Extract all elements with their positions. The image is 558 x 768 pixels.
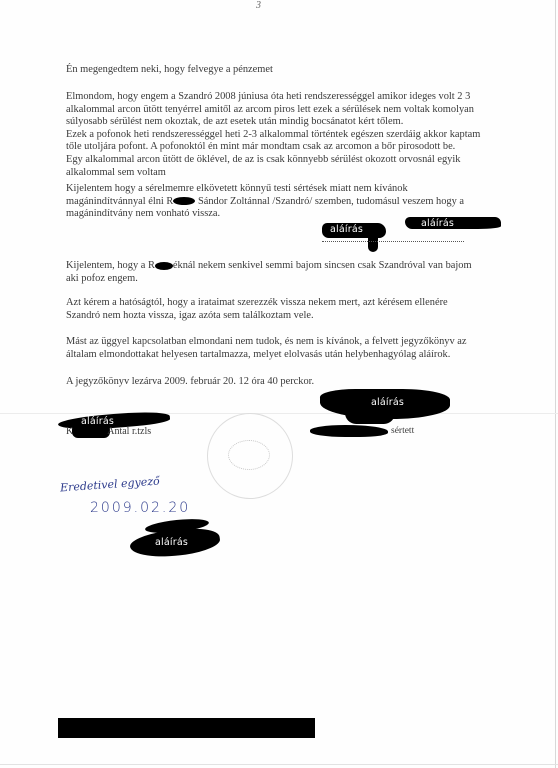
text-fragment: Sándor Zoltánnal /Szandró/ szemben, tudo… (195, 196, 464, 207)
text-line: alkalommal sem voltam (66, 167, 507, 180)
paragraph-statement: Elmondom, hogy engem a Szandró 2008 júni… (66, 91, 507, 179)
text-line: aki pofoz engem. (66, 273, 507, 286)
page-number: 3 (256, 0, 261, 11)
text-line: Kijelentem hogy a sérelmemre elkövetett … (66, 183, 507, 196)
signature-redaction (310, 425, 388, 437)
signature-label: aláírás (330, 224, 363, 235)
text-line: Elmondom, hogy engem a Szandró 2008 júni… (66, 91, 507, 104)
signature-label: aláírás (371, 397, 404, 408)
text-fragment: magánindítvánnyal élni R (66, 196, 173, 207)
paragraph-consent: Én megengedtem neki, hogy felvegye a pén… (66, 64, 507, 77)
paragraph-closing: Mást az üggyel kapcsolatban elmondani ne… (66, 336, 507, 361)
text-line: Ezek a pofonok heti rendszerességgel het… (66, 129, 507, 142)
redaction-mark (155, 262, 173, 270)
text-line: tőle utoljára pofont. A pofonoktól én mi… (66, 141, 507, 154)
text-line: Kijelentem, hogy a Réknál nekem senkivel… (66, 260, 507, 273)
text-line: Azt kérem a hatóságtól, hogy a irataimat… (66, 297, 507, 310)
handwritten-date: 2009.02.20 (90, 500, 190, 516)
text-line: Egy alkalommal arcon ütött de öklével, d… (66, 154, 507, 167)
paragraph-declaration: Kijelentem hogy a sérelmemre elkövetett … (66, 183, 507, 221)
signature-label: aláírás (155, 537, 188, 548)
paper-fold (0, 413, 558, 414)
document-page: 3 Én megengedtem neki, hogy felvegye a p… (0, 0, 558, 768)
signature-redaction (345, 410, 395, 424)
text-line: általam elmondottakat helyesen tartalmaz… (66, 349, 507, 362)
page-edge-bottom (0, 764, 558, 765)
redaction-bar (58, 718, 315, 738)
text-line: alkalommal arcon ütött tenyérrel amitől … (66, 104, 507, 117)
text-line: magánindítvánnyal élni R Sándor Zoltánna… (66, 196, 507, 209)
text-line: Szandró nem hozta vissza, igaz azóta sem… (66, 310, 507, 323)
text-line: Mást az üggyel kapcsolatban elmondani ne… (66, 336, 507, 349)
text-fragment: éknál nekem senkivel semmi bajom sincsen… (173, 260, 472, 271)
text-fragment: Kijelentem, hogy a R (66, 260, 155, 271)
officer-prefix: K (66, 426, 73, 437)
paragraph-request: Azt kérem a hatóságtól, hogy a irataimat… (66, 297, 507, 322)
victim-role: sértett (391, 425, 451, 438)
officer-name: KAntal r.tzls (66, 426, 186, 439)
paragraph-closure-time: A jegyzőkönyv lezárva 2009. február 20. … (66, 376, 507, 389)
handwritten-note: Eredetivel egyező (60, 475, 160, 495)
text-line: súlyosabb sérülést nem okoztak, de azt e… (66, 116, 507, 129)
page-edge (555, 0, 556, 768)
redaction-mark (173, 197, 195, 205)
stamp-crest (228, 440, 270, 470)
paragraph-relations: Kijelentem, hogy a Réknál nekem senkivel… (66, 260, 507, 285)
officer-name-text: Antal r.tzls (107, 426, 151, 437)
signature-line (322, 241, 464, 242)
signature-label: aláírás (421, 218, 454, 229)
